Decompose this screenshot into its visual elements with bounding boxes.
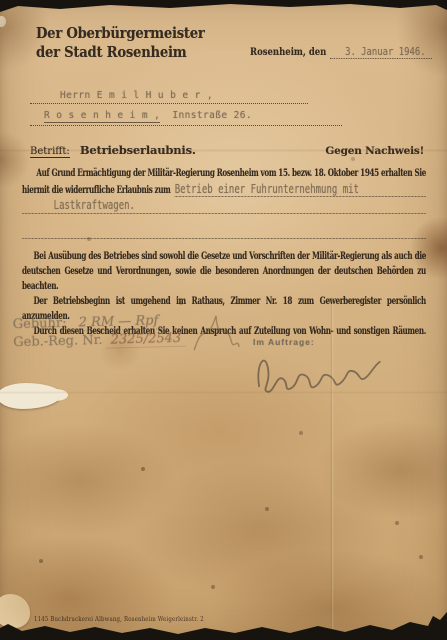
scanned-document-photo: Der Oberbürgermeister der Stadt Rosenhei… <box>0 0 447 640</box>
registration-pre: Der Betriebsbeginn ist umgehend im <box>34 296 192 307</box>
blank-dotted-line <box>22 214 426 239</box>
subject-left: Betrifft: Betriebserlaubnis. <box>30 139 196 158</box>
recipient-city: R o s e n h e i m , <box>44 110 160 123</box>
pencil-scrawl <box>187 303 247 366</box>
permit-typed-activity: Betrieb einer Fuhrunternehmung mit <box>175 181 426 197</box>
dateline: Rosenheim, den 3. Januar 1946. <box>250 46 432 59</box>
printer-imprint: 1145 Buchdruckerei Albwang, Rosenheim We… <box>34 616 204 623</box>
letterhead-line1: Der Oberbürgermeister <box>36 24 247 43</box>
permit-typed-vehicle: Lastkraftwagen. <box>22 197 426 214</box>
subject-label: Betrifft: <box>30 146 70 158</box>
recipient-address-line: R o s e n h e i m , Innstraße 26. <box>30 110 342 126</box>
fee-register-number: 2325/2543 <box>106 331 185 349</box>
subject-value: Betriebserlaubnis. <box>80 143 196 157</box>
paragraph-permit: Auf Grund Ermächtigung der Militär-Regie… <box>22 166 426 239</box>
recipient-name-line: Herrn E m i l H u b e r , <box>30 90 308 104</box>
permit-line1: Auf Grund Ermächtigung der Militär-Regie… <box>22 166 426 181</box>
document-paper: Der Oberbürgermeister der Stadt Rosenhei… <box>0 0 447 640</box>
permit-line2: hiermit die widerrufliche Erlaubnis zum … <box>22 181 426 197</box>
subject-note: Gegen Nachweis! <box>325 145 424 157</box>
paper-tear-bottom <box>0 594 30 628</box>
dateline-date: 3. Januar 1946. <box>330 46 432 59</box>
signature-handwriting <box>248 335 392 401</box>
dirt-specks <box>0 0 2 2</box>
fee-register-label: Geb.-Reg. Nr. <box>13 333 103 350</box>
dateline-label: Rosenheim, den <box>250 47 326 58</box>
subject-row: Betrifft: Betriebserlaubnis. Gegen Nachw… <box>30 139 424 158</box>
recipient-street: Innstraße 26. <box>172 110 252 121</box>
fee-value-handwritten: 2 RM — Rpf <box>70 313 166 331</box>
letterhead-line2: der Stadt Rosenheim <box>36 43 247 62</box>
fee-label: Gebühr: <box>13 316 67 332</box>
paper-nick <box>0 16 6 27</box>
permit-line2-printed: hiermit die widerrufliche Erlaubnis zum <box>22 185 170 196</box>
letterhead: Der Oberbürgermeister der Stadt Rosenhei… <box>36 24 247 62</box>
conditions-law: Bei Ausübung des Betriebes sind sowohl d… <box>22 249 426 294</box>
paper-tear-small <box>42 389 68 401</box>
